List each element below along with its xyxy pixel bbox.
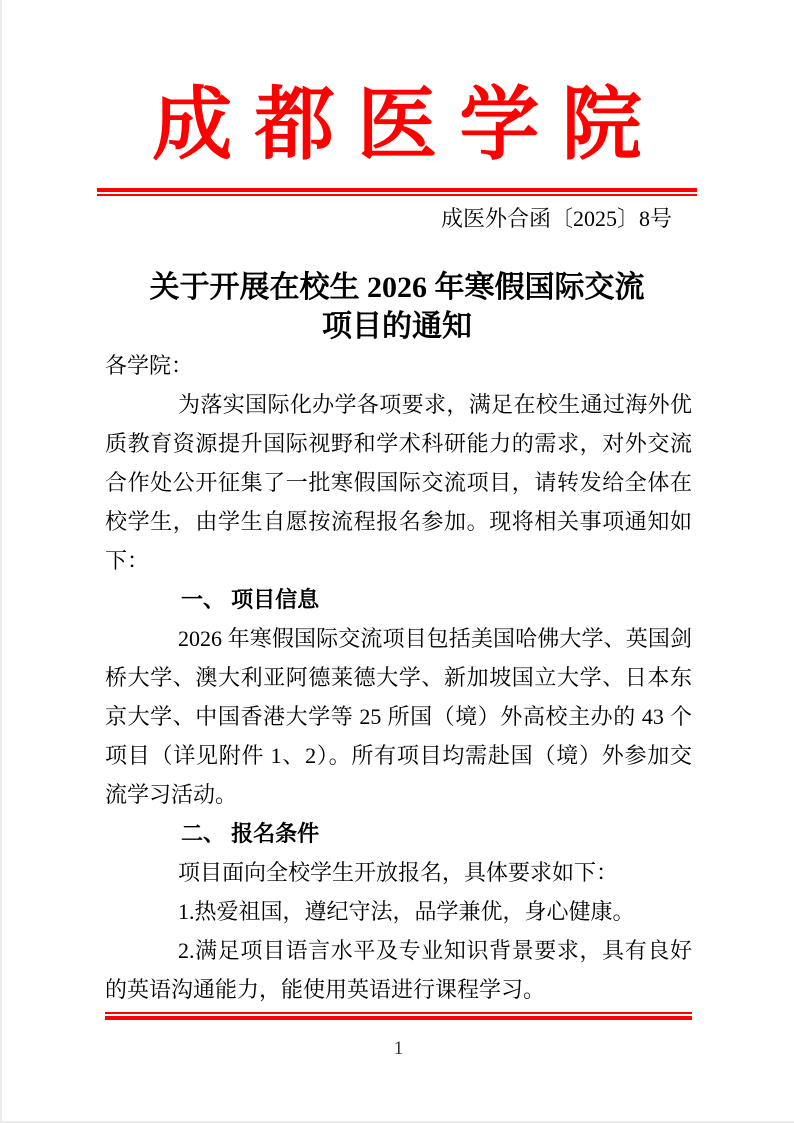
- section-1-heading: 一、 项目信息: [105, 580, 692, 619]
- footer-rule: [105, 1012, 692, 1020]
- salutation: 各学院：: [105, 346, 692, 385]
- section-2-item-2: 2.满足项目语言水平及专业知识背景要求，具有良好的英语沟通能力，能使用英语进行课…: [105, 931, 692, 1009]
- document-title-line-2: 项目的通知: [322, 310, 472, 343]
- document-body: 各学院： 为落实国际化办学各项要求，满足在校生通过海外优质教育资源提升国际视野和…: [105, 346, 692, 1009]
- letterhead-rule-thin: [97, 194, 697, 196]
- document-page: 成都医学院 成医外合函〔2025〕8号 关于开展在校生 2026 年寒假国际交流…: [0, 0, 794, 1123]
- section-2-paragraph-1: 项目面向全校学生开放报名，具体要求如下：: [105, 853, 692, 892]
- section-1-paragraph-1: 2026 年寒假国际交流项目包括美国哈佛大学、英国剑桥大学、澳大利亚阿德莱德大学…: [105, 619, 692, 814]
- document-title-line-1: 关于开展在校生 2026 年寒假国际交流: [150, 271, 645, 304]
- intro-paragraph: 为落实国际化办学各项要求，满足在校生通过海外优质教育资源提升国际视野和学术科研能…: [105, 385, 692, 580]
- section-2-item-1: 1.热爱祖国，遵纪守法，品学兼优，身心健康。: [105, 892, 692, 931]
- section-2-heading: 二、 报名条件: [105, 814, 692, 853]
- page-footer: 1: [105, 1012, 692, 1060]
- footer-rule-thick: [105, 1016, 692, 1020]
- document-number: 成医外合函〔2025〕8号: [0, 204, 794, 234]
- document-title: 关于开展在校生 2026 年寒假国际交流 项目的通知: [100, 268, 694, 346]
- letterhead-rule: [97, 188, 697, 196]
- letterhead-org-name: 成都医学院: [0, 80, 794, 172]
- page-number: 1: [105, 1038, 692, 1060]
